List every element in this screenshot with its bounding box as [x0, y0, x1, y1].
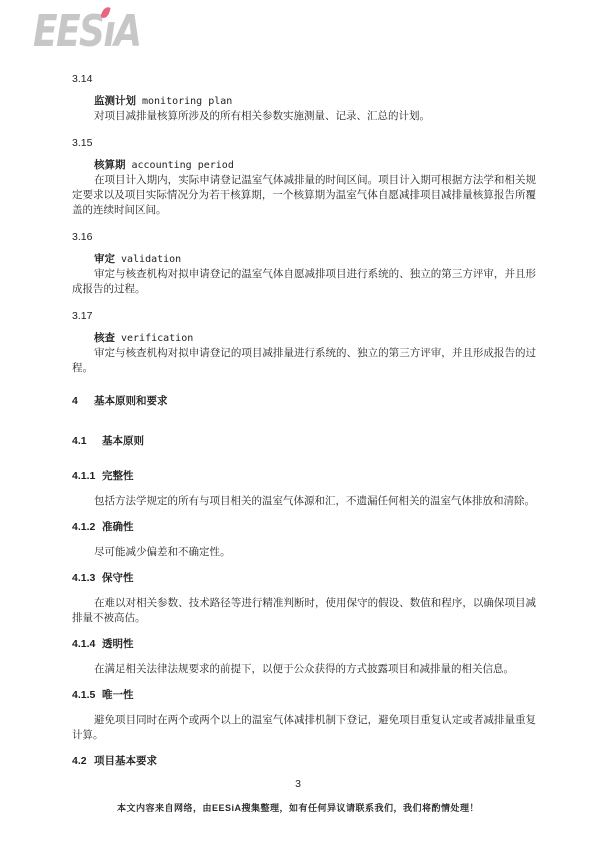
principle-body-4-1-1: 包括方法学规定的所有与项目相关的温室气体源和汇，不遗漏任何相关的温室气体排放和清… [72, 494, 536, 509]
clause-term-3-16: 审定validation [94, 252, 536, 267]
page-number: 3 [0, 778, 596, 790]
heading-number: 4 [72, 394, 94, 409]
heading-4-1-1: 4.1.1完整性 [72, 469, 536, 484]
clause-body-3-17: 审定与核查机构对拟申请登记的项目减排量进行系统的、独立的第三方评审，并且形成报告… [72, 346, 536, 376]
heading-title: 基本原则 [102, 435, 144, 447]
term-en: verification [121, 333, 193, 344]
logo-letters-before-i: EES [33, 6, 103, 57]
logo-letters-after-i: A [114, 6, 140, 57]
heading-number: 4.1.3 [72, 571, 102, 586]
clause-term-3-14: 监测计划monitoring plan [94, 94, 536, 109]
term-en: accounting period [132, 160, 234, 171]
heading-4-1: 4.1基本原则 [72, 434, 536, 449]
heading-title: 基本原则和要求 [94, 395, 168, 407]
principle-body-4-1-2: 尽可能减少偏差和不确定性。 [72, 545, 536, 560]
clause-body-3-16: 审定与核查机构对拟申请登记的温室气体自愿减排项目进行系统的、独立的第三方评审，并… [72, 267, 536, 297]
heading-title: 完整性 [102, 470, 134, 482]
heading-number: 4.1.2 [72, 520, 102, 535]
principle-body-4-1-3: 在难以对相关参数、技术路径等进行精准判断时，使用保守的假设、数值和程序，以确保项… [72, 596, 536, 626]
heading-number: 4.1 [72, 434, 102, 449]
clause-body-3-15: 在项目计入期内，实际申请登记温室气体减排量的时间区间。项目计入期可根据方法学和相… [72, 173, 536, 218]
heading-title: 项目基本要求 [94, 755, 157, 767]
heading-4-2: 4.2项目基本要求 [72, 754, 536, 769]
heading-number: 4.2 [72, 754, 94, 769]
term-cn: 核查 [94, 332, 115, 344]
term-en: validation [121, 254, 181, 265]
term-cn: 审定 [94, 253, 115, 265]
heading-title: 透明性 [102, 638, 134, 650]
heading-number: 4.1.4 [72, 637, 102, 652]
document-page: EESıA 3.14 监测计划monitoring plan 对项目减排量核算所… [0, 0, 596, 842]
clause-number-3-17: 3.17 [72, 309, 536, 324]
heading-4-1-3: 4.1.3保守性 [72, 571, 536, 586]
eesia-logo: EESıA [33, 10, 140, 54]
principle-body-4-1-5: 避免项目同时在两个或两个以上的温室气体减排机制下登记，避免项目重复认定或者减排量… [72, 713, 536, 743]
clause-number-3-15: 3.15 [72, 136, 536, 151]
term-cn: 核算期 [94, 159, 126, 171]
clause-term-3-15: 核算期accounting period [94, 158, 536, 173]
heading-title: 保守性 [102, 572, 134, 584]
heading-title: 唯一性 [102, 689, 134, 701]
heading-4-1-4: 4.1.4透明性 [72, 637, 536, 652]
clause-number-3-16: 3.16 [72, 230, 536, 245]
footer-notice: 本文内容来自网络，由EESiA搜集整理，如有任何异议请联系我们，我们将酌情处理！ [0, 801, 596, 814]
term-en: monitoring plan [142, 96, 232, 107]
principle-body-4-1-4: 在满足相关法律法规要求的前提下，以便于公众获得的方式披露项目和减排量的相关信息。 [72, 662, 536, 677]
heading-number: 4.1.1 [72, 469, 102, 484]
heading-4-1-2: 4.1.2准确性 [72, 520, 536, 535]
clause-body-3-14: 对项目减排量核算所涉及的所有相关参数实施测量、记录、汇总的计划。 [72, 109, 536, 124]
clause-number-3-14: 3.14 [72, 72, 536, 87]
heading-4: 4基本原则和要求 [72, 394, 536, 409]
clause-term-3-17: 核查verification [94, 331, 536, 346]
heading-number: 4.1.5 [72, 688, 102, 703]
heading-title: 准确性 [102, 521, 134, 533]
document-content: 3.14 监测计划monitoring plan 对项目减排量核算所涉及的所有相… [0, 72, 596, 769]
heading-4-1-5: 4.1.5唯一性 [72, 688, 536, 703]
term-cn: 监测计划 [94, 95, 136, 107]
